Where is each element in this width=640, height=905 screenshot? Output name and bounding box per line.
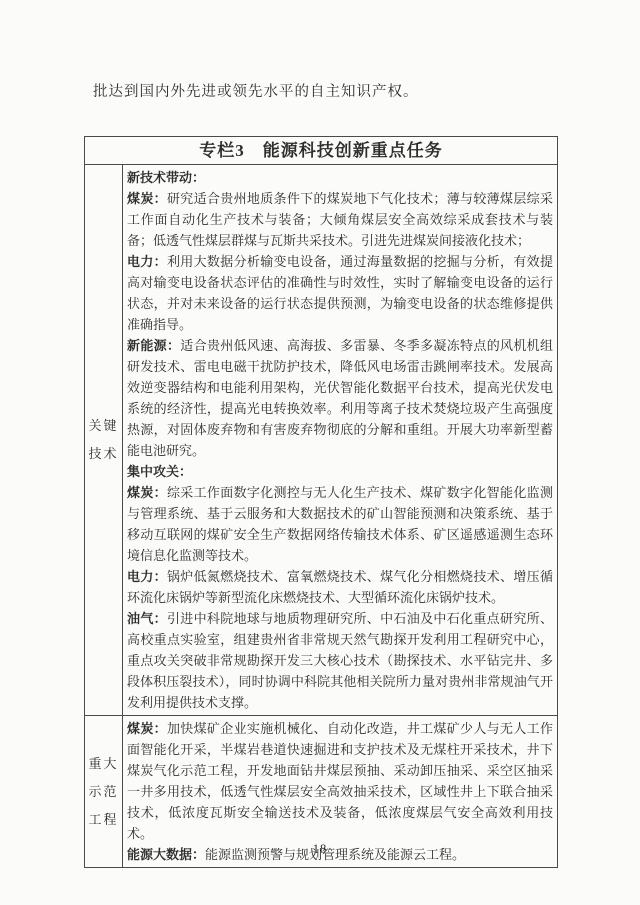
item-new-energy: 新能源：适合贵州低风速、高海拔、多雷暴、冬季多凝冻特点的风机机组研发技术、雷电电… bbox=[127, 335, 553, 461]
body-paragraph-continuation: 批达到国内外先进或领先水平的自主知识产权。 bbox=[93, 80, 419, 101]
item-coal: 煤炭：研究适合贵州地质条件下的煤炭地下气化技术；薄与较薄煤层综采工作面自动化生产… bbox=[127, 188, 553, 251]
item-label: 新能源： bbox=[127, 338, 180, 353]
item-text: 利用大数据分析输变电设备，通过海量数据的挖掘与分析，有效提高对输变电设备状态评估… bbox=[127, 254, 553, 332]
item-text: 综采工作面数字化测控与无人化生产技术、煤矿数字化智能化监测与管理系统、基于云服务… bbox=[127, 485, 553, 563]
section-heading-new-tech-driven: 新技术带动： bbox=[127, 167, 553, 188]
row-content-key-technology: 新技术带动： 煤炭：研究适合贵州地质条件下的煤炭地下气化技术；薄与较薄煤层综采工… bbox=[123, 165, 557, 715]
row-header-key-technology: 关键 技术 bbox=[85, 165, 123, 715]
page-number: 18 bbox=[0, 842, 640, 857]
item-coal-demo: 煤炭：加快煤矿企业实施机械化、自动化改造，井工煤矿少人与无人工作面智能化开采，半… bbox=[127, 718, 553, 844]
table-title: 专栏3 能源科技创新重点任务 bbox=[85, 137, 557, 165]
item-label: 煤炭： bbox=[127, 191, 167, 206]
item-text: 适合贵州低风速、高海拔、多雷暴、冬季多凝冻特点的风机机组研发技术、雷电电磁干扰防… bbox=[127, 338, 553, 458]
item-label: 油气： bbox=[127, 611, 167, 626]
item-oil-gas: 油气：引进中科院地球与地质物理研究所、中石油及中石化重点研究所、高校重点实验室，… bbox=[127, 608, 553, 713]
item-label: 煤炭： bbox=[127, 485, 167, 500]
item-text: 研究适合贵州地质条件下的煤炭地下气化技术；薄与较薄煤层综采工作面自动化生产技术与… bbox=[127, 191, 553, 248]
item-text: 锅炉低氮燃烧技术、富氧燃烧技术、煤气化分相燃烧技术、增压循环流化床锅炉等新型流化… bbox=[127, 569, 553, 605]
table-row-key-technology: 关键 技术 新技术带动： 煤炭：研究适合贵州地质条件下的煤炭地下气化技术；薄与较… bbox=[85, 165, 557, 716]
section-heading-concentrated-research: 集中攻关： bbox=[127, 461, 553, 482]
item-label: 电力： bbox=[127, 254, 167, 269]
item-label: 煤炭： bbox=[127, 721, 167, 736]
item-power-research: 电力：锅炉低氮燃烧技术、富氧燃烧技术、煤气化分相燃烧技术、增压循环流化床锅炉等新… bbox=[127, 566, 553, 608]
item-text: 加快煤矿企业实施机械化、自动化改造，井工煤矿少人与无人工作面智能化开采，半煤岩巷… bbox=[127, 721, 553, 841]
feature-box-energy-tech-tasks: 专栏3 能源科技创新重点任务 关键 技术 新技术带动： 煤炭：研究适合贵州地质条… bbox=[84, 136, 558, 868]
item-label: 电力： bbox=[127, 569, 167, 584]
item-coal-research: 煤炭：综采工作面数字化测控与无人化生产技术、煤矿数字化智能化监测与管理系统、基于… bbox=[127, 482, 553, 566]
item-text: 引进中科院地球与地质物理研究所、中石油及中石化重点研究所、高校重点实验室，组建贵… bbox=[127, 611, 553, 710]
item-power: 电力：利用大数据分析输变电设备，通过海量数据的挖掘与分析，有效提高对输变电设备状… bbox=[127, 251, 553, 335]
